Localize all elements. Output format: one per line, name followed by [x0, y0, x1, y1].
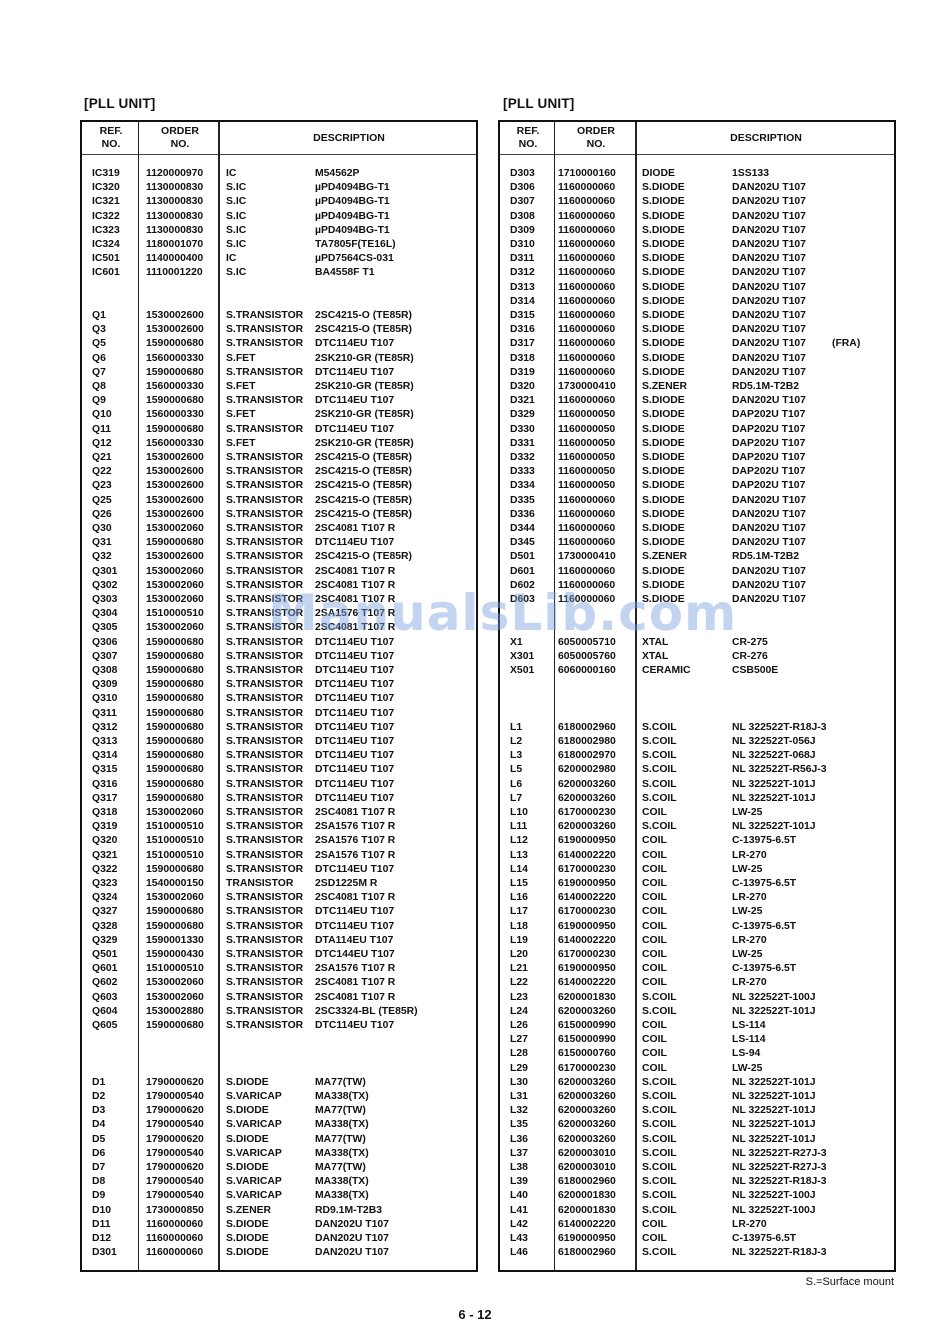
order-no: 1530002600 [146, 323, 204, 337]
ref-no: Q10 [92, 408, 112, 422]
ref-no: Q307 [92, 650, 117, 664]
ref-no: D321 [510, 394, 535, 408]
part-number: NL 322522T-101J [732, 1076, 816, 1090]
part-number: MA338(TX) [315, 1147, 369, 1161]
part-type: S.COIL [642, 1005, 677, 1019]
part-type: S.FET [226, 408, 255, 422]
part-number: µPD7564CS-031 [315, 252, 394, 266]
part-number: NL 322522T-R18J-3 [732, 1175, 827, 1189]
ref-no: D11 [92, 1218, 111, 1232]
part-number: NL 322522T-056J [732, 735, 816, 749]
part-type: COIL [642, 948, 667, 962]
ref-no: D330 [510, 423, 535, 437]
order-no: 1160000060 [558, 394, 615, 408]
order-no: 6200001830 [558, 991, 616, 1005]
header-ref-no: REF. NO. [82, 122, 140, 154]
order-no: 1530002600 [146, 465, 204, 479]
part-number: DTC114EU T107 [315, 778, 394, 792]
order-no: 6190000950 [558, 962, 616, 976]
ref-no: IC321 [92, 195, 120, 209]
part-type: S.DIODE [642, 266, 685, 280]
ref-no: Q316 [92, 778, 117, 792]
part-number: NL 322522T-101J [732, 820, 816, 834]
order-no: 1530002880 [146, 1005, 204, 1019]
ref-no: Q602 [92, 976, 117, 990]
order-no: 6200003260 [558, 1104, 616, 1118]
part-type: S.TRANSISTOR [226, 621, 303, 635]
part-number: NL 322522T-100J [732, 1189, 816, 1203]
part-number: 2SA1576 T107 R [315, 834, 395, 848]
part-number: DTC114EU T107 [315, 735, 394, 749]
page-number: 6 - 12 [0, 1307, 950, 1322]
part-number: NL 322522T-101J [732, 1118, 816, 1132]
part-type: S.COIL [642, 1090, 677, 1104]
part-number: DTA114EU T107 [315, 934, 393, 948]
part-type: S.DIODE [642, 238, 685, 252]
part-number: 2SC4081 T107 R [315, 976, 395, 990]
ref-no: D315 [510, 309, 535, 323]
ref-no: D310 [510, 238, 535, 252]
ref-no: L28 [510, 1047, 528, 1061]
ref-no: D3 [92, 1104, 105, 1118]
order-no: 1590000680 [146, 792, 204, 806]
order-no: 1160000060 [558, 536, 615, 550]
part-number: DAN202U T107 [732, 494, 806, 508]
part-type: S.DIODE [642, 224, 685, 238]
part-number: 2SC4081 T107 R [315, 522, 395, 536]
part-type: COIL [642, 1033, 667, 1047]
part-number: LS-114 [732, 1033, 766, 1047]
part-number: 2SA1576 T107 R [315, 962, 395, 976]
order-no: 1730000410 [558, 380, 616, 394]
part-number: DAN202U T107 [732, 337, 806, 351]
part-type: S.FET [226, 437, 255, 451]
part-number: DTC114EU T107 [315, 721, 394, 735]
part-number: NL 322522T-101J [732, 1090, 816, 1104]
order-no: 1160000050 [558, 479, 615, 493]
part-number: NL 322522T-101J [732, 1133, 816, 1147]
part-number: DAN202U T107 [732, 252, 806, 266]
ref-no: Q304 [92, 607, 117, 621]
part-number: 2SA1576 T107 R [315, 820, 395, 834]
part-number: LR-270 [732, 976, 767, 990]
ref-no: Q11 [92, 423, 111, 437]
part-number: LR-270 [732, 934, 767, 948]
part-number: LW-25 [732, 863, 762, 877]
ref-no: Q603 [92, 991, 117, 1005]
order-no: 1790000540 [146, 1175, 204, 1189]
part-number: 2SC4081 T107 R [315, 565, 395, 579]
order-no: 1590000680 [146, 423, 204, 437]
ref-no: Q26 [92, 508, 112, 522]
order-no: 1530002060 [146, 621, 204, 635]
part-number: MA77(TW) [315, 1133, 366, 1147]
ref-no: D601 [510, 565, 535, 579]
part-number: DAN202U T107 [732, 508, 806, 522]
part-type: XTAL [642, 636, 668, 650]
part-type: COIL [642, 863, 667, 877]
part-type: S.COIL [642, 991, 677, 1005]
part-number: 2SC4215-O (TE85R) [315, 309, 412, 323]
part-number: 2SC4081 T107 R [315, 621, 395, 635]
column-divider [138, 122, 139, 1270]
order-no: 6200003260 [558, 1076, 616, 1090]
order-no: 1160000060 [558, 337, 615, 351]
part-type: S.DIODE [642, 536, 685, 550]
ref-no: Q305 [92, 621, 117, 635]
ref-no: L27 [510, 1033, 528, 1047]
part-type: S.COIL [642, 1161, 677, 1175]
ref-no: Q25 [92, 494, 112, 508]
part-number: M54562P [315, 167, 359, 181]
part-number: CR-275 [732, 636, 768, 650]
ref-no: Q604 [92, 1005, 117, 1019]
order-no: 6170000230 [558, 863, 616, 877]
order-no: 1590000680 [146, 778, 204, 792]
part-number: LR-270 [732, 849, 767, 863]
part-number: C-13975-6.5T [732, 1232, 796, 1246]
part-number: DAN202U T107 [732, 394, 806, 408]
ref-no: D2 [92, 1090, 105, 1104]
part-type: S.TRANSISTOR [226, 508, 303, 522]
column-divider [218, 122, 220, 1270]
part-type: COIL [642, 1062, 667, 1076]
header-description: DESCRIPTION [220, 122, 478, 154]
order-no: 6200001830 [558, 1189, 616, 1203]
ref-no: IC501 [92, 252, 120, 266]
part-type: S.DIODE [642, 423, 685, 437]
part-type: XTAL [642, 650, 668, 664]
ref-no: Q302 [92, 579, 117, 593]
ref-no: Q32 [92, 550, 112, 564]
part-type: S.DIODE [642, 479, 685, 493]
order-no: 6060000160 [558, 664, 616, 678]
order-no: 1590000680 [146, 536, 204, 550]
order-no: 1530002600 [146, 451, 204, 465]
part-type: S.COIL [642, 1204, 677, 1218]
part-type: S.DIODE [642, 281, 685, 295]
ref-no: Q310 [92, 692, 117, 706]
part-type: S.IC [226, 181, 246, 195]
order-no: 6150000990 [558, 1033, 616, 1047]
part-number: MA338(TX) [315, 1118, 369, 1132]
right-parts-table: REF. NO. ORDER NO. DESCRIPTION D30317100… [498, 120, 896, 1272]
ref-no: D303 [510, 167, 535, 181]
ref-no: L11 [510, 820, 527, 834]
part-type: S.DIODE [226, 1218, 269, 1232]
order-no: 1590000430 [146, 948, 204, 962]
part-type: S.DIODE [642, 181, 685, 195]
ref-no: D1 [92, 1076, 105, 1090]
ref-no: D313 [510, 281, 535, 295]
part-type: S.COIL [642, 1133, 677, 1147]
order-no: 1130000830 [146, 224, 203, 238]
part-type: S.DIODE [642, 408, 685, 422]
part-type: S.TRANSISTOR [226, 721, 303, 735]
order-no: 6200002980 [558, 763, 616, 777]
ref-no: L37 [510, 1147, 528, 1161]
part-type: COIL [642, 1218, 667, 1232]
part-number: 2SC4081 T107 R [315, 593, 395, 607]
part-number: C-13975-6.5T [732, 962, 796, 976]
part-type: S.DIODE [642, 437, 685, 451]
order-no: 1530002060 [146, 565, 204, 579]
part-type: S.DIODE [226, 1232, 269, 1246]
part-number: DTC114EU T107 [315, 763, 394, 777]
order-no: 1590000680 [146, 636, 204, 650]
ref-no: L35 [510, 1118, 528, 1132]
order-no: 6190000950 [558, 834, 616, 848]
part-number: DAN202U T107 [315, 1246, 389, 1260]
part-type: S.TRANSISTOR [226, 692, 303, 706]
part-number: DTC114EU T107 [315, 792, 394, 806]
order-no: 1530002600 [146, 550, 204, 564]
ref-no: L17 [510, 905, 528, 919]
part-type: S.TRANSISTOR [226, 636, 303, 650]
part-number: 2SC4215-O (TE85R) [315, 465, 412, 479]
part-type: IC [226, 252, 236, 266]
order-no: 1160000060 [558, 593, 615, 607]
ref-no: Q308 [92, 664, 117, 678]
part-number: 2SC4215-O (TE85R) [315, 550, 412, 564]
order-no: 1530002060 [146, 593, 204, 607]
order-no: 1160000060 [558, 565, 615, 579]
part-type: S.VARICAP [226, 1147, 282, 1161]
order-no: 6200001830 [558, 1204, 616, 1218]
part-type: S.TRANSISTOR [226, 479, 303, 493]
part-number: DTC114EU T107 [315, 337, 394, 351]
order-no: 1510000510 [146, 834, 204, 848]
ref-no: IC323 [92, 224, 120, 238]
order-no: 1540000150 [146, 877, 204, 891]
part-type: S.IC [226, 224, 246, 238]
part-number: DAN202U T107 [732, 281, 806, 295]
order-no: 1160000060 [558, 252, 615, 266]
part-number: 1SS133 [732, 167, 769, 181]
ref-no: Q318 [92, 806, 117, 820]
order-no: 1530002600 [146, 494, 204, 508]
order-no: 1790000620 [146, 1161, 204, 1175]
order-no: 1140000400 [146, 252, 203, 266]
order-no: 6140002220 [558, 934, 616, 948]
ref-no: L22 [510, 976, 528, 990]
order-no: 1160000060 [558, 352, 615, 366]
ref-no: Q303 [92, 593, 117, 607]
part-type: S.COIL [642, 763, 677, 777]
order-no: 6200003260 [558, 820, 616, 834]
part-type: S.TRANSISTOR [226, 366, 303, 380]
ref-no: D6 [92, 1147, 105, 1161]
part-number: 2SK210-GR (TE85R) [315, 352, 414, 366]
ref-no: L13 [510, 849, 528, 863]
part-type: S.VARICAP [226, 1189, 282, 1203]
part-number: DAN202U T107 [732, 224, 806, 238]
part-type: S.TRANSISTOR [226, 579, 303, 593]
part-number: NL 322522T-101J [732, 1104, 816, 1118]
order-no: 1160000050 [558, 465, 615, 479]
part-number: C-13975-6.5T [732, 920, 796, 934]
ref-no: Q30 [92, 522, 112, 536]
order-no: 1160000060 [558, 579, 615, 593]
order-no: 1160000050 [558, 408, 615, 422]
part-type: COIL [642, 1019, 667, 1033]
order-no: 1590000680 [146, 692, 204, 706]
part-type: COIL [642, 877, 667, 891]
part-number: µPD4094BG-T1 [315, 195, 390, 209]
part-number: 2SC4215-O (TE85R) [315, 494, 412, 508]
part-type: S.TRANSISTOR [226, 905, 303, 919]
order-no: 1510000510 [146, 607, 204, 621]
ref-no: D8 [92, 1175, 105, 1189]
part-type: S.ZENER [642, 550, 687, 564]
part-number: DTC114EU T107 [315, 394, 394, 408]
right-section-title: [PLL UNIT] [503, 96, 575, 111]
part-type: S.TRANSISTOR [226, 565, 303, 579]
order-no: 1590000680 [146, 749, 204, 763]
ref-no: L40 [510, 1189, 528, 1203]
ref-no: Q328 [92, 920, 117, 934]
order-no: 6150000990 [558, 1019, 616, 1033]
ref-no: L24 [510, 1005, 528, 1019]
column-divider [554, 122, 555, 1270]
ref-no: IC324 [92, 238, 120, 252]
ref-no: L23 [510, 991, 528, 1005]
part-number: 2SC4215-O (TE85R) [315, 451, 412, 465]
header-ref-no: REF. NO. [500, 122, 556, 154]
ref-no: D335 [510, 494, 535, 508]
ref-no: Q12 [92, 437, 112, 451]
order-no: 6190000950 [558, 920, 616, 934]
part-type: S.DIODE [226, 1133, 269, 1147]
part-type: COIL [642, 834, 667, 848]
part-number: DTC114EU T107 [315, 749, 394, 763]
order-no: 6200003260 [558, 1118, 616, 1132]
ref-no: D318 [510, 352, 535, 366]
part-number: MA338(TX) [315, 1189, 369, 1203]
ref-no: Q6 [92, 352, 106, 366]
ref-no: D320 [510, 380, 535, 394]
ref-no: D314 [510, 295, 535, 309]
part-number: 2SK210-GR (TE85R) [315, 380, 414, 394]
order-no: 1530002060 [146, 891, 204, 905]
part-number: RD5.1M-T2B2 [732, 550, 799, 564]
ref-no: D9 [92, 1189, 105, 1203]
order-no: 1160000060 [146, 1246, 203, 1260]
order-no: 1590000680 [146, 735, 204, 749]
part-number: DAN202U T107 [732, 522, 806, 536]
part-number: 2SA1576 T107 R [315, 849, 395, 863]
ref-no: L42 [510, 1218, 528, 1232]
part-number: 2SC4081 T107 R [315, 806, 395, 820]
part-type: S.TRANSISTOR [226, 976, 303, 990]
ref-no: Q329 [92, 934, 117, 948]
order-no: 1590000680 [146, 863, 204, 877]
order-no: 6200003010 [558, 1161, 616, 1175]
order-no: 1160000060 [558, 195, 615, 209]
part-number: NL 322522T-100J [732, 991, 816, 1005]
order-no: 1790000540 [146, 1189, 204, 1203]
order-no: 6180002970 [558, 749, 616, 763]
ref-no: D12 [92, 1232, 111, 1246]
ref-no: Q9 [92, 394, 106, 408]
ref-no: L36 [510, 1133, 528, 1147]
ref-no: Q7 [92, 366, 106, 380]
ref-no: Q23 [92, 479, 112, 493]
ref-no: X1 [510, 636, 523, 650]
ref-no: Q31 [92, 536, 112, 550]
ref-no: L5 [510, 763, 522, 777]
ref-no: Q306 [92, 636, 117, 650]
order-no: 1730000410 [558, 550, 616, 564]
part-number: DTC114EU T107 [315, 678, 394, 692]
left-section-title: [PLL UNIT] [84, 96, 156, 111]
ref-no: D301 [92, 1246, 117, 1260]
part-type: S.TRANSISTOR [226, 763, 303, 777]
order-no: 1790000620 [146, 1076, 204, 1090]
ref-no: Q22 [92, 465, 112, 479]
order-no: 6180002960 [558, 721, 616, 735]
order-no: 1710000160 [558, 167, 616, 181]
part-type: S.COIL [642, 792, 677, 806]
order-no: 6200003260 [558, 778, 616, 792]
part-type: S.TRANSISTOR [226, 891, 303, 905]
part-number: DAN202U T107 [732, 210, 806, 224]
part-number: 2SK210-GR (TE85R) [315, 408, 414, 422]
order-no: 6050005760 [558, 650, 616, 664]
part-type: S.COIL [642, 735, 677, 749]
part-number: DTC114EU T107 [315, 636, 394, 650]
part-number: 2SC4215-O (TE85R) [315, 508, 412, 522]
part-type: S.DIODE [642, 352, 685, 366]
part-number: DTC114EU T107 [315, 423, 394, 437]
part-number: DAN202U T107 [732, 295, 806, 309]
order-no: 1160000060 [558, 266, 615, 280]
part-number: DAN202U T107 [732, 593, 806, 607]
ref-no: Q324 [92, 891, 117, 905]
order-no: 1130000830 [146, 195, 203, 209]
part-type: S.DIODE [642, 210, 685, 224]
order-no: 6170000230 [558, 948, 616, 962]
part-type: S.TRANSISTOR [226, 593, 303, 607]
order-no: 1160000060 [558, 522, 615, 536]
order-no: 1160000060 [558, 238, 615, 252]
part-number: LS-94 [732, 1047, 760, 1061]
ref-no: D312 [510, 266, 535, 280]
order-no: 6170000230 [558, 806, 616, 820]
part-number: MA338(TX) [315, 1090, 369, 1104]
part-type: S.DIODE [642, 579, 685, 593]
part-type: S.DIODE [226, 1246, 269, 1260]
ref-no: Q312 [92, 721, 117, 735]
part-type: S.DIODE [642, 494, 685, 508]
ref-no: L32 [510, 1104, 528, 1118]
ref-no: Q315 [92, 763, 117, 777]
part-number: LW-25 [732, 948, 762, 962]
ref-no: L46 [510, 1246, 528, 1260]
table-header: REF. NO. ORDER NO. DESCRIPTION [500, 122, 894, 155]
order-no: 1160000060 [146, 1218, 203, 1232]
ref-no: D603 [510, 593, 535, 607]
part-type: S.DIODE [642, 451, 685, 465]
ref-no: D329 [510, 408, 535, 422]
ref-no: Q501 [92, 948, 117, 962]
order-no: 6140002220 [558, 891, 616, 905]
part-number: NL 322522T-R27J-3 [732, 1161, 827, 1175]
order-no: 1590000680 [146, 763, 204, 777]
part-number: MA77(TW) [315, 1161, 366, 1175]
part-type: S.DIODE [642, 309, 685, 323]
ref-no: D336 [510, 508, 535, 522]
